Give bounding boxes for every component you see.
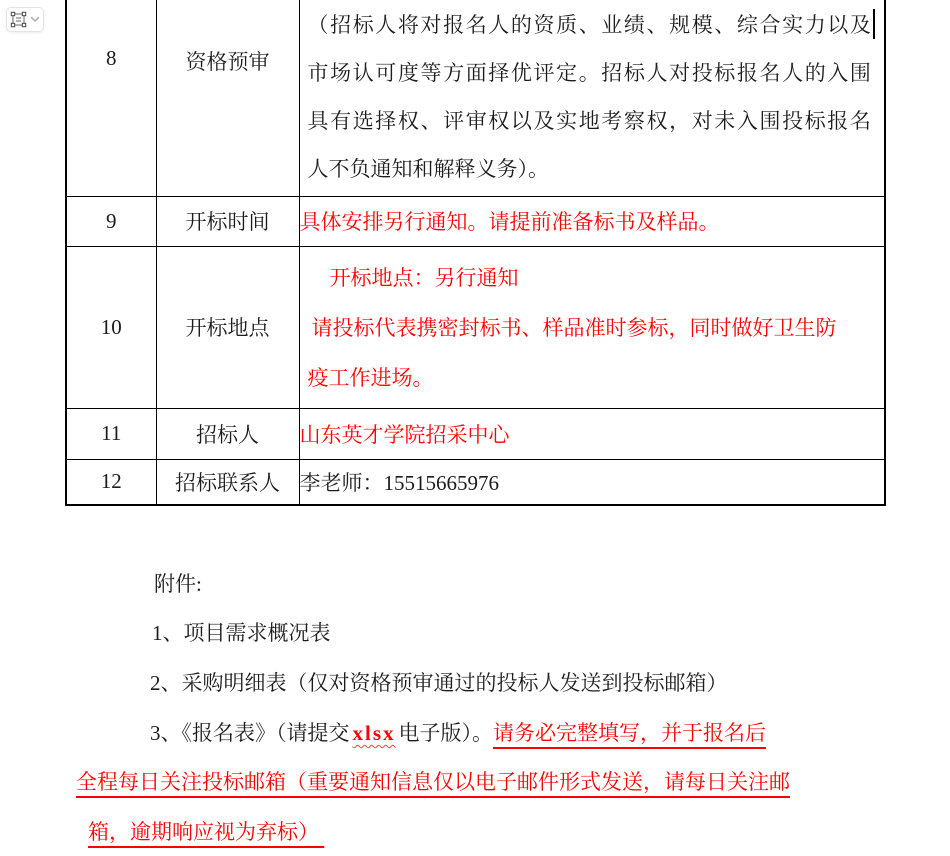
- row-label[interactable]: 开标时间: [156, 196, 299, 246]
- text-cursor: [873, 9, 875, 39]
- table-row: 11 招标人 山东英才学院招采中心: [66, 408, 885, 459]
- row-content-line: 请投标代表携密封标书、样品准时参标，同时做好卫生防: [300, 303, 885, 353]
- row-content-line: 具体安排另行通知。请提前准备标书及样品。: [300, 210, 720, 234]
- document-page[interactable]: 8 资格预审 （招标人将对报名人的资质、业绩、规模、综合实力以及 市场认可度等方…: [0, 0, 950, 856]
- table-row: 12 招标联系人 李老师：15515665976: [66, 459, 885, 505]
- row-label[interactable]: 招标联系人: [156, 459, 299, 505]
- attachment-item-3: 3、《报名表》（请提交xlsx电子版）。请务必完整填写，并于报名后: [150, 719, 766, 747]
- row-number[interactable]: 9: [66, 196, 156, 246]
- row-label[interactable]: 招标人: [156, 408, 299, 459]
- row-content-line: 人不负通知和解释义务）。: [300, 145, 885, 193]
- row-content-cell[interactable]: 具体安排另行通知。请提前准备标书及样品。: [299, 196, 885, 246]
- row-content-cell[interactable]: 李老师：15515665976: [299, 459, 885, 505]
- tender-table: 8 资格预审 （招标人将对报名人的资质、业绩、规模、综合实力以及 市场认可度等方…: [65, 0, 886, 506]
- row-label[interactable]: 开标地点: [156, 246, 299, 408]
- row-number[interactable]: 11: [66, 408, 156, 459]
- row-content-line: 具有选择权、评审权以及实地考察权，对未入围投标报名: [300, 97, 885, 145]
- row-number[interactable]: 10: [66, 246, 156, 408]
- row-content-line: 山东英才学院招采中心: [300, 423, 510, 447]
- table-row: 9 开标时间 具体安排另行通知。请提前准备标书及样品。: [66, 196, 885, 246]
- row-content-cell[interactable]: （招标人将对报名人的资质、业绩、规模、综合实力以及 市场认可度等方面择优评定。招…: [299, 0, 885, 196]
- warning-text-line-2: 全程每日关注投标邮箱（重要通知信息仅以电子邮件形式发送，请每日关注邮: [76, 768, 790, 796]
- select-area-icon: [10, 11, 27, 28]
- row-number[interactable]: 12: [66, 459, 156, 505]
- row-content-line: （招标人将对报名人的资质、业绩、规模、综合实力以及: [300, 1, 885, 49]
- row-content-line: 开标地点：另行通知: [300, 253, 885, 303]
- table-row: 8 资格预审 （招标人将对报名人的资质、业绩、规模、综合实力以及 市场认可度等方…: [66, 0, 885, 196]
- row-number[interactable]: 8: [66, 0, 156, 196]
- floating-select-button[interactable]: [6, 7, 44, 32]
- row-content-cell[interactable]: 开标地点：另行通知 请投标代表携密封标书、样品准时参标，同时做好卫生防 疫工作进…: [299, 246, 885, 408]
- attachment-item-3-suffix: 电子版）。: [399, 721, 494, 745]
- attachment-item-1: 1、项目需求概况表: [152, 619, 331, 647]
- row-content-line: 市场认可度等方面择优评定。招标人对投标报名人的入围: [300, 49, 885, 97]
- row-label[interactable]: 资格预审: [156, 0, 299, 196]
- warning-text-line-1: 请务必完整填写，并于报名后: [493, 721, 766, 745]
- xlsx-filetype-text: xlsx: [353, 721, 396, 745]
- chevron-down-icon[interactable]: [30, 16, 40, 23]
- attachments-heading: 附件:: [154, 570, 202, 598]
- table-row: 10 开标地点 开标地点：另行通知 请投标代表携密封标书、样品准时参标，同时做好…: [66, 246, 885, 408]
- warning-text-line-3: 箱，逾期响应视为弃标）: [88, 818, 324, 846]
- row-content-cell[interactable]: 山东英才学院招采中心: [299, 408, 885, 459]
- row-content-line: 疫工作进场。: [300, 353, 885, 403]
- attachment-item-3-prefix: 3、《报名表》（请提交: [150, 721, 350, 745]
- attachment-item-2: 2、采购明细表（仅对资格预审通过的投标人发送到投标邮箱）: [150, 669, 728, 697]
- row-content-line: 李老师：15515665976: [300, 471, 500, 495]
